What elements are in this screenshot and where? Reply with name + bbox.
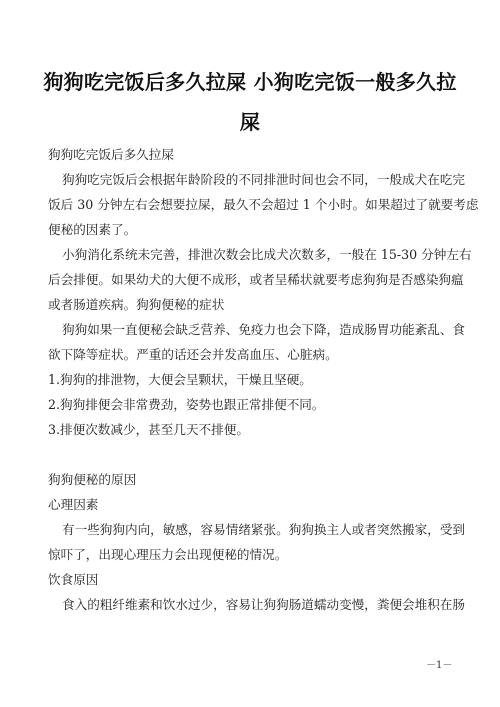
paragraph-line: 惊吓了，出现心理压力会出现便秘的情况。	[48, 542, 448, 567]
blank-line	[48, 442, 448, 467]
list-item: 2.狗狗排便会非常费劲，姿势也跟正常排便不同。	[48, 392, 448, 417]
paragraph-line: 后会排便。如果幼犬的大便不成形，或者呈稀状就要考虑狗狗是否感染狗瘟	[48, 267, 448, 292]
paragraph-line: 狗狗如果一直便秘会缺乏营养、免疫力也会下降，造成肠胃功能紊乱、食	[48, 317, 448, 342]
document-title-line-2: 屎	[40, 106, 460, 135]
page-number: －1－	[426, 656, 452, 671]
document-body: 狗狗吃完饭后多久拉屎 狗狗吃完饭后会根据年龄阶段的不同排泄时间也会不同，一般成犬…	[48, 142, 448, 617]
list-item: 1.狗狗的排泄物，大便会呈颗状，干燥且坚硬。	[48, 367, 448, 392]
paragraph-line: 小狗消化系统未完善，排泄次数会比成犬次数多，一般在 15-30 分钟左右	[48, 242, 448, 267]
paragraph-line: 欲下降等症状。严重的话还会并发高血压、心脏病。	[48, 342, 448, 367]
paragraph-line: 或者肠道疾病。狗狗便秘的症状	[48, 292, 448, 317]
section-heading: 狗狗吃完饭后多久拉屎	[48, 142, 448, 167]
section-heading: 狗狗便秘的原因	[48, 467, 448, 492]
list-item: 3.排便次数减少，甚至几天不排便。	[48, 417, 448, 442]
paragraph-line: 便秘的因素了。	[48, 217, 448, 242]
paragraph-line: 饭后 30 分钟左右会想要拉屎，最久不会超过 1 个小时。如果超过了就要考虑	[48, 192, 448, 217]
paragraph-line: 狗狗吃完饭后会根据年龄阶段的不同排泄时间也会不同，一般成犬在吃完	[48, 167, 448, 192]
paragraph-line: 食入的粗纤维素和饮水过少，容易让狗狗肠道蠕动变慢，粪便会堆积在肠	[48, 592, 448, 617]
document-title-line-1: 狗狗吃完饭后多久拉屎 小狗吃完饭一般多久拉	[40, 66, 460, 95]
paragraph-line: 有一些狗狗内向，敏感，容易情绪紧张。狗狗换主人或者突然搬家，受到	[48, 517, 448, 542]
subsection-heading: 饮食原因	[48, 567, 448, 592]
subsection-heading: 心理因素	[48, 492, 448, 517]
